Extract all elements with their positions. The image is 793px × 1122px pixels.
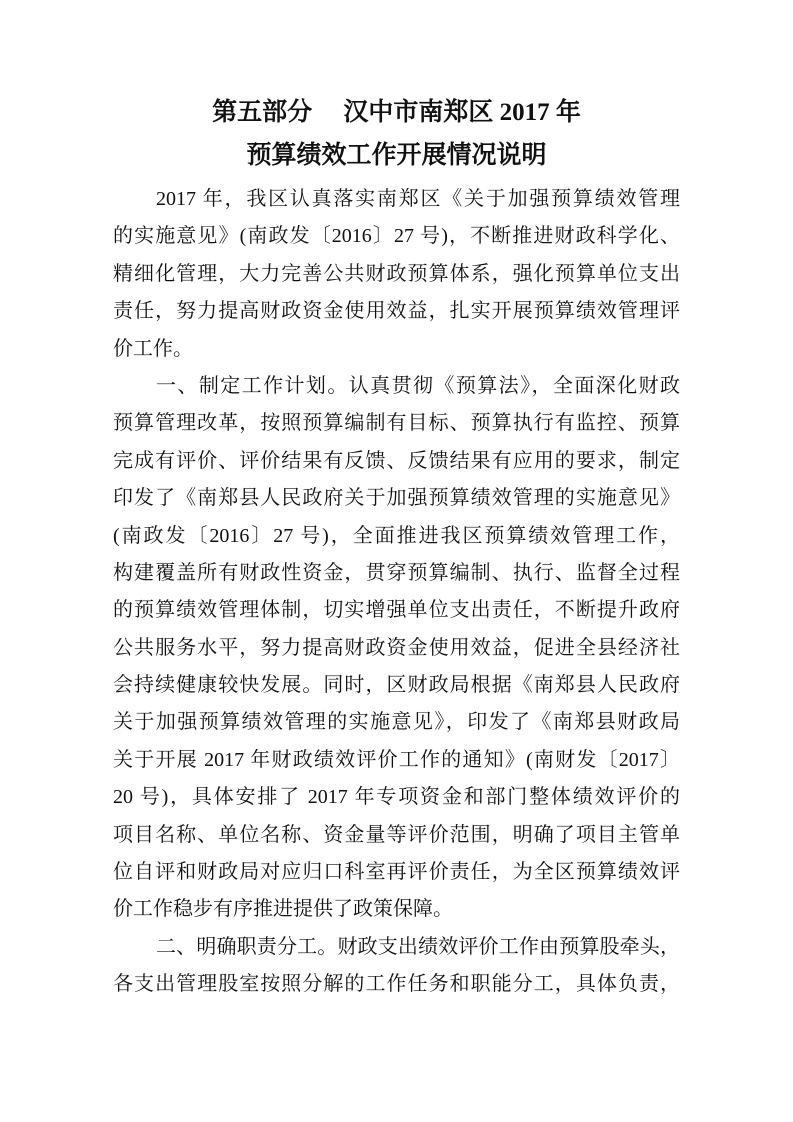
text-line: 的预算绩效管理体制，切实增强单位支出责任，不断提升政府 xyxy=(113,592,680,629)
text-line: 会持续健康较快发展。同时，区财政局根据《南郑县人民政府 xyxy=(113,667,680,704)
document-page: 第五部分 汉中市南郑区 2017 年 预算绩效工作开展情况说明 2017 年，我… xyxy=(0,0,793,1122)
text-line: 20 号)，具体安排了 2017 年专项资金和部门整体绩效评价的 xyxy=(113,779,680,816)
text-line: 印发了《南郑县人民政府关于加强预算绩效管理的实施意见》 xyxy=(113,480,680,517)
text-line: 的实施意见》(南政发〔2016〕27 号)，不断推进财政科学化、 xyxy=(113,218,680,255)
text-line: 项目名称、单位名称、资金量等评价范围，明确了项目主管单 xyxy=(113,817,680,854)
document-title-line-1: 第五部分 汉中市南郑区 2017 年 xyxy=(113,98,680,128)
text-line: 一、制定工作计划。认真贯彻《预算法》，全面深化财政 xyxy=(113,368,680,405)
text-line: 各支出管理股室按照分解的工作任务和职能分工，具体负责， xyxy=(113,966,680,1003)
text-line: 责任，努力提高财政资金使用效益，扎实开展预算绩效管理评 xyxy=(113,293,680,330)
text-line: 位自评和财政局对应归口科室再评价责任，为全区预算绩效评 xyxy=(113,854,680,891)
text-line: 构建覆盖所有财政性资金，贯穿预算编制、执行、监督全过程 xyxy=(113,555,680,592)
paragraph-2: 一、制定工作计划。认真贯彻《预算法》，全面深化财政 预算管理改革，按照预算编制有… xyxy=(113,368,680,929)
paragraph-3: 二、明确职责分工。财政支出绩效评价工作由预算股牵头， 各支出管理股室按照分解的工… xyxy=(113,929,680,1004)
text-line: 完成有评价、评价结果有反馈、反馈结果有应用的要求，制定 xyxy=(113,443,680,480)
document-title-line-2: 预算绩效工作开展情况说明 xyxy=(113,141,680,171)
text-line: 价工作稳步有序推进提供了政策保障。 xyxy=(113,891,680,928)
text-line: 精细化管理，大力完善公共财政预算体系，强化预算单位支出 xyxy=(113,256,680,293)
text-line: (南政发〔2016〕27 号)，全面推进我区预算绩效管理工作， xyxy=(113,518,680,555)
paragraph-1: 2017 年，我区认真落实南郑区《关于加强预算绩效管理 的实施意见》(南政发〔2… xyxy=(113,181,680,368)
text-line: 关于开展 2017 年财政绩效评价工作的通知》(南财发〔2017〕 xyxy=(113,742,680,779)
text-line: 二、明确职责分工。财政支出绩效评价工作由预算股牵头， xyxy=(113,929,680,966)
text-line: 2017 年，我区认真落实南郑区《关于加强预算绩效管理 xyxy=(113,181,680,218)
text-line: 公共服务水平，努力提高财政资金使用效益，促进全县经济社 xyxy=(113,630,680,667)
text-line: 预算管理改革，按照预算编制有目标、预算执行有监控、预算 xyxy=(113,405,680,442)
text-line: 价工作。 xyxy=(113,331,680,368)
text-line: 关于加强预算绩效管理的实施意见》，印发了《南郑县财政局 xyxy=(113,704,680,741)
document-body: 2017 年，我区认真落实南郑区《关于加强预算绩效管理 的实施意见》(南政发〔2… xyxy=(113,181,680,1004)
